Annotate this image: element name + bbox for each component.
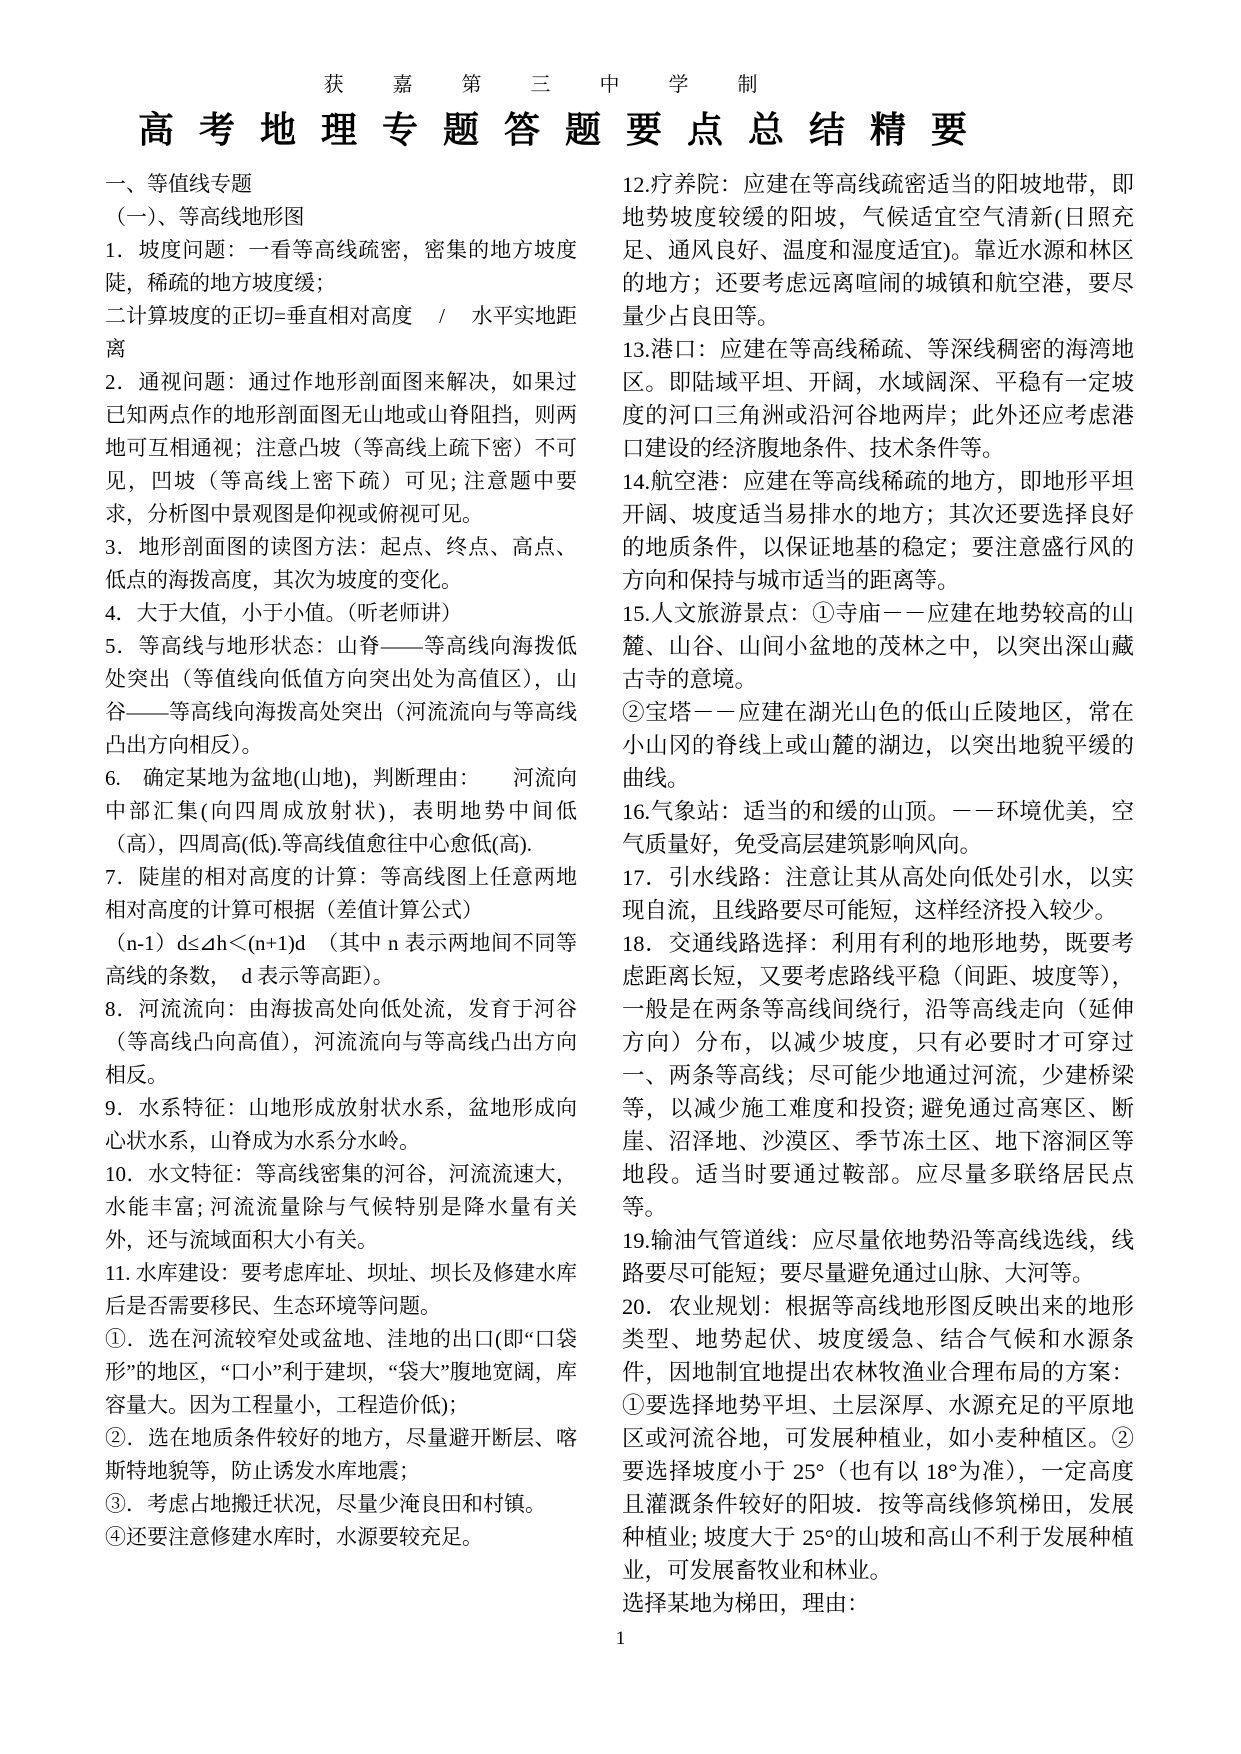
paragraph: 16.气象站：适当的和缓的山顶。－－环境优美，空气质量好，免受高层建筑影响风向。 [622,795,1134,861]
page-number: 1 [0,1628,1241,1650]
left-column: 一、等值线专题（一）、等高线地形图1．坡度问题：一看等高线疏密，密集的地方坡度陡… [105,168,577,1554]
paragraph: 4．大于大值，小于小值。（听老师讲） [105,597,577,630]
paragraph: 10．水文特征：等高线密集的河谷，河流流速大，水能丰富; 河流流量除与气候特别是… [105,1158,577,1257]
paragraph: 选择某地为梯田，理由： [622,1587,1134,1620]
paragraph: 9．水系特征：山地形成放射状水系，盆地形成向心状水系，山脊成为水系分水岭。 [105,1092,577,1158]
paragraph: 一、等值线专题 [105,168,577,201]
school-header: 获嘉第三中学制 [105,72,1025,98]
paragraph: 8．河流流向：由海拔高处向低处流，发育于河谷（等高线凸向高值），河流流向与等高线… [105,993,577,1092]
paragraph: 18．交通线路选择：利用有利的地形地势，既要考虑距离长短，又要考虑路线平稳（间距… [622,927,1134,1224]
paragraph: 12.疗养院：应建在等高线疏密适当的阳坡地带，即地势坡度较缓的阳坡，气候适宜空气… [622,168,1134,333]
paragraph: （n-1）d≤⊿h＜(n+1)d （其中 n 表示两地间不同等高线的条数， d … [105,927,577,993]
two-column-body: 一、等值线专题（一）、等高线地形图1．坡度问题：一看等高线疏密，密集的地方坡度陡… [105,168,1241,1620]
paragraph: 14.航空港：应建在等高线稀疏的地方，即地形平坦开阔、坡度适当易排水的地方；其次… [622,465,1134,597]
paragraph: ④还要注意修建水库时，水源要较充足。 [105,1521,577,1554]
paragraph: 13.港口：应建在等高线稀疏、等深线稠密的海湾地区。即陆域平坦、开阔，水域阔深、… [622,333,1134,465]
paragraph: 二计算坡度的正切=垂直相对高度 / 水平实地距离 [105,300,577,366]
paragraph: 20．农业规划：根据等高线地形图反映出来的地形类型、地势起伏、坡度缓急、结合气候… [622,1290,1134,1587]
document-page: 获嘉第三中学制 高考地理专题答题要点总结精要 一、等值线专题（一）、等高线地形图… [0,0,1241,1754]
page-title: 高考地理专题答题要点总结精要 [105,106,1025,154]
paragraph: 3．地形剖面图的读图方法：起点、终点、高点、低点的海拨高度，其次为坡度的变化。 [105,531,577,597]
paragraph: 6. 确定某地为盆地(山地)，判断理由： 河流向中部汇集(向四周成放射状)，表明… [105,762,577,861]
paragraph: ②．选在地质条件较好的地方，尽量避开断层、喀斯特地貌等，防止诱发水库地震； [105,1422,577,1488]
paragraph: 11. 水库建设：要考虑库址、坝址、坝长及修建水库后是否需要移民、生态环境等问题… [105,1257,577,1323]
document-heading: 获嘉第三中学制 高考地理专题答题要点总结精要 [105,0,1025,154]
paragraph: 19.输油气管道线：应尽量依地势沿等高线选线，线路要尽可能短；要尽量避免通过山脉… [622,1224,1134,1290]
paragraph: 7．陡崖的相对高度的计算：等高线图上任意两地相对高度的计算可根据（差值计算公式） [105,861,577,927]
paragraph: （一）、等高线地形图 [105,201,577,234]
paragraph: ②宝塔－－应建在湖光山色的低山丘陵地区，常在小山冈的脊线上或山麓的湖边，以突出地… [622,696,1134,795]
paragraph: ①．选在河流较窄处或盆地、洼地的出口(即“口袋形”的地区，“口小”利于建坝，“袋… [105,1323,577,1422]
right-column: 12.疗养院：应建在等高线疏密适当的阳坡地带，即地势坡度较缓的阳坡，气候适宜空气… [622,168,1134,1620]
paragraph: 1．坡度问题：一看等高线疏密，密集的地方坡度陡，稀疏的地方坡度缓； [105,234,577,300]
paragraph: 15.人文旅游景点：①寺庙－－应建在地势较高的山麓、山谷、山间小盆地的茂林之中，… [622,597,1134,696]
paragraph: ③．考虑占地搬迁状况，尽量少淹良田和村镇。 [105,1488,577,1521]
paragraph: 17．引水线路：注意让其从高处向低处引水，以实现自流，且线路要尽可能短，这样经济… [622,861,1134,927]
paragraph: 2．通视问题：通过作地形剖面图来解决，如果过已知两点作的地形剖面图无山地或山脊阻… [105,366,577,531]
paragraph: 5．等高线与地形状态：山脊——等高线向海拨低处突出（等值线向低值方向突出处为高值… [105,630,577,762]
